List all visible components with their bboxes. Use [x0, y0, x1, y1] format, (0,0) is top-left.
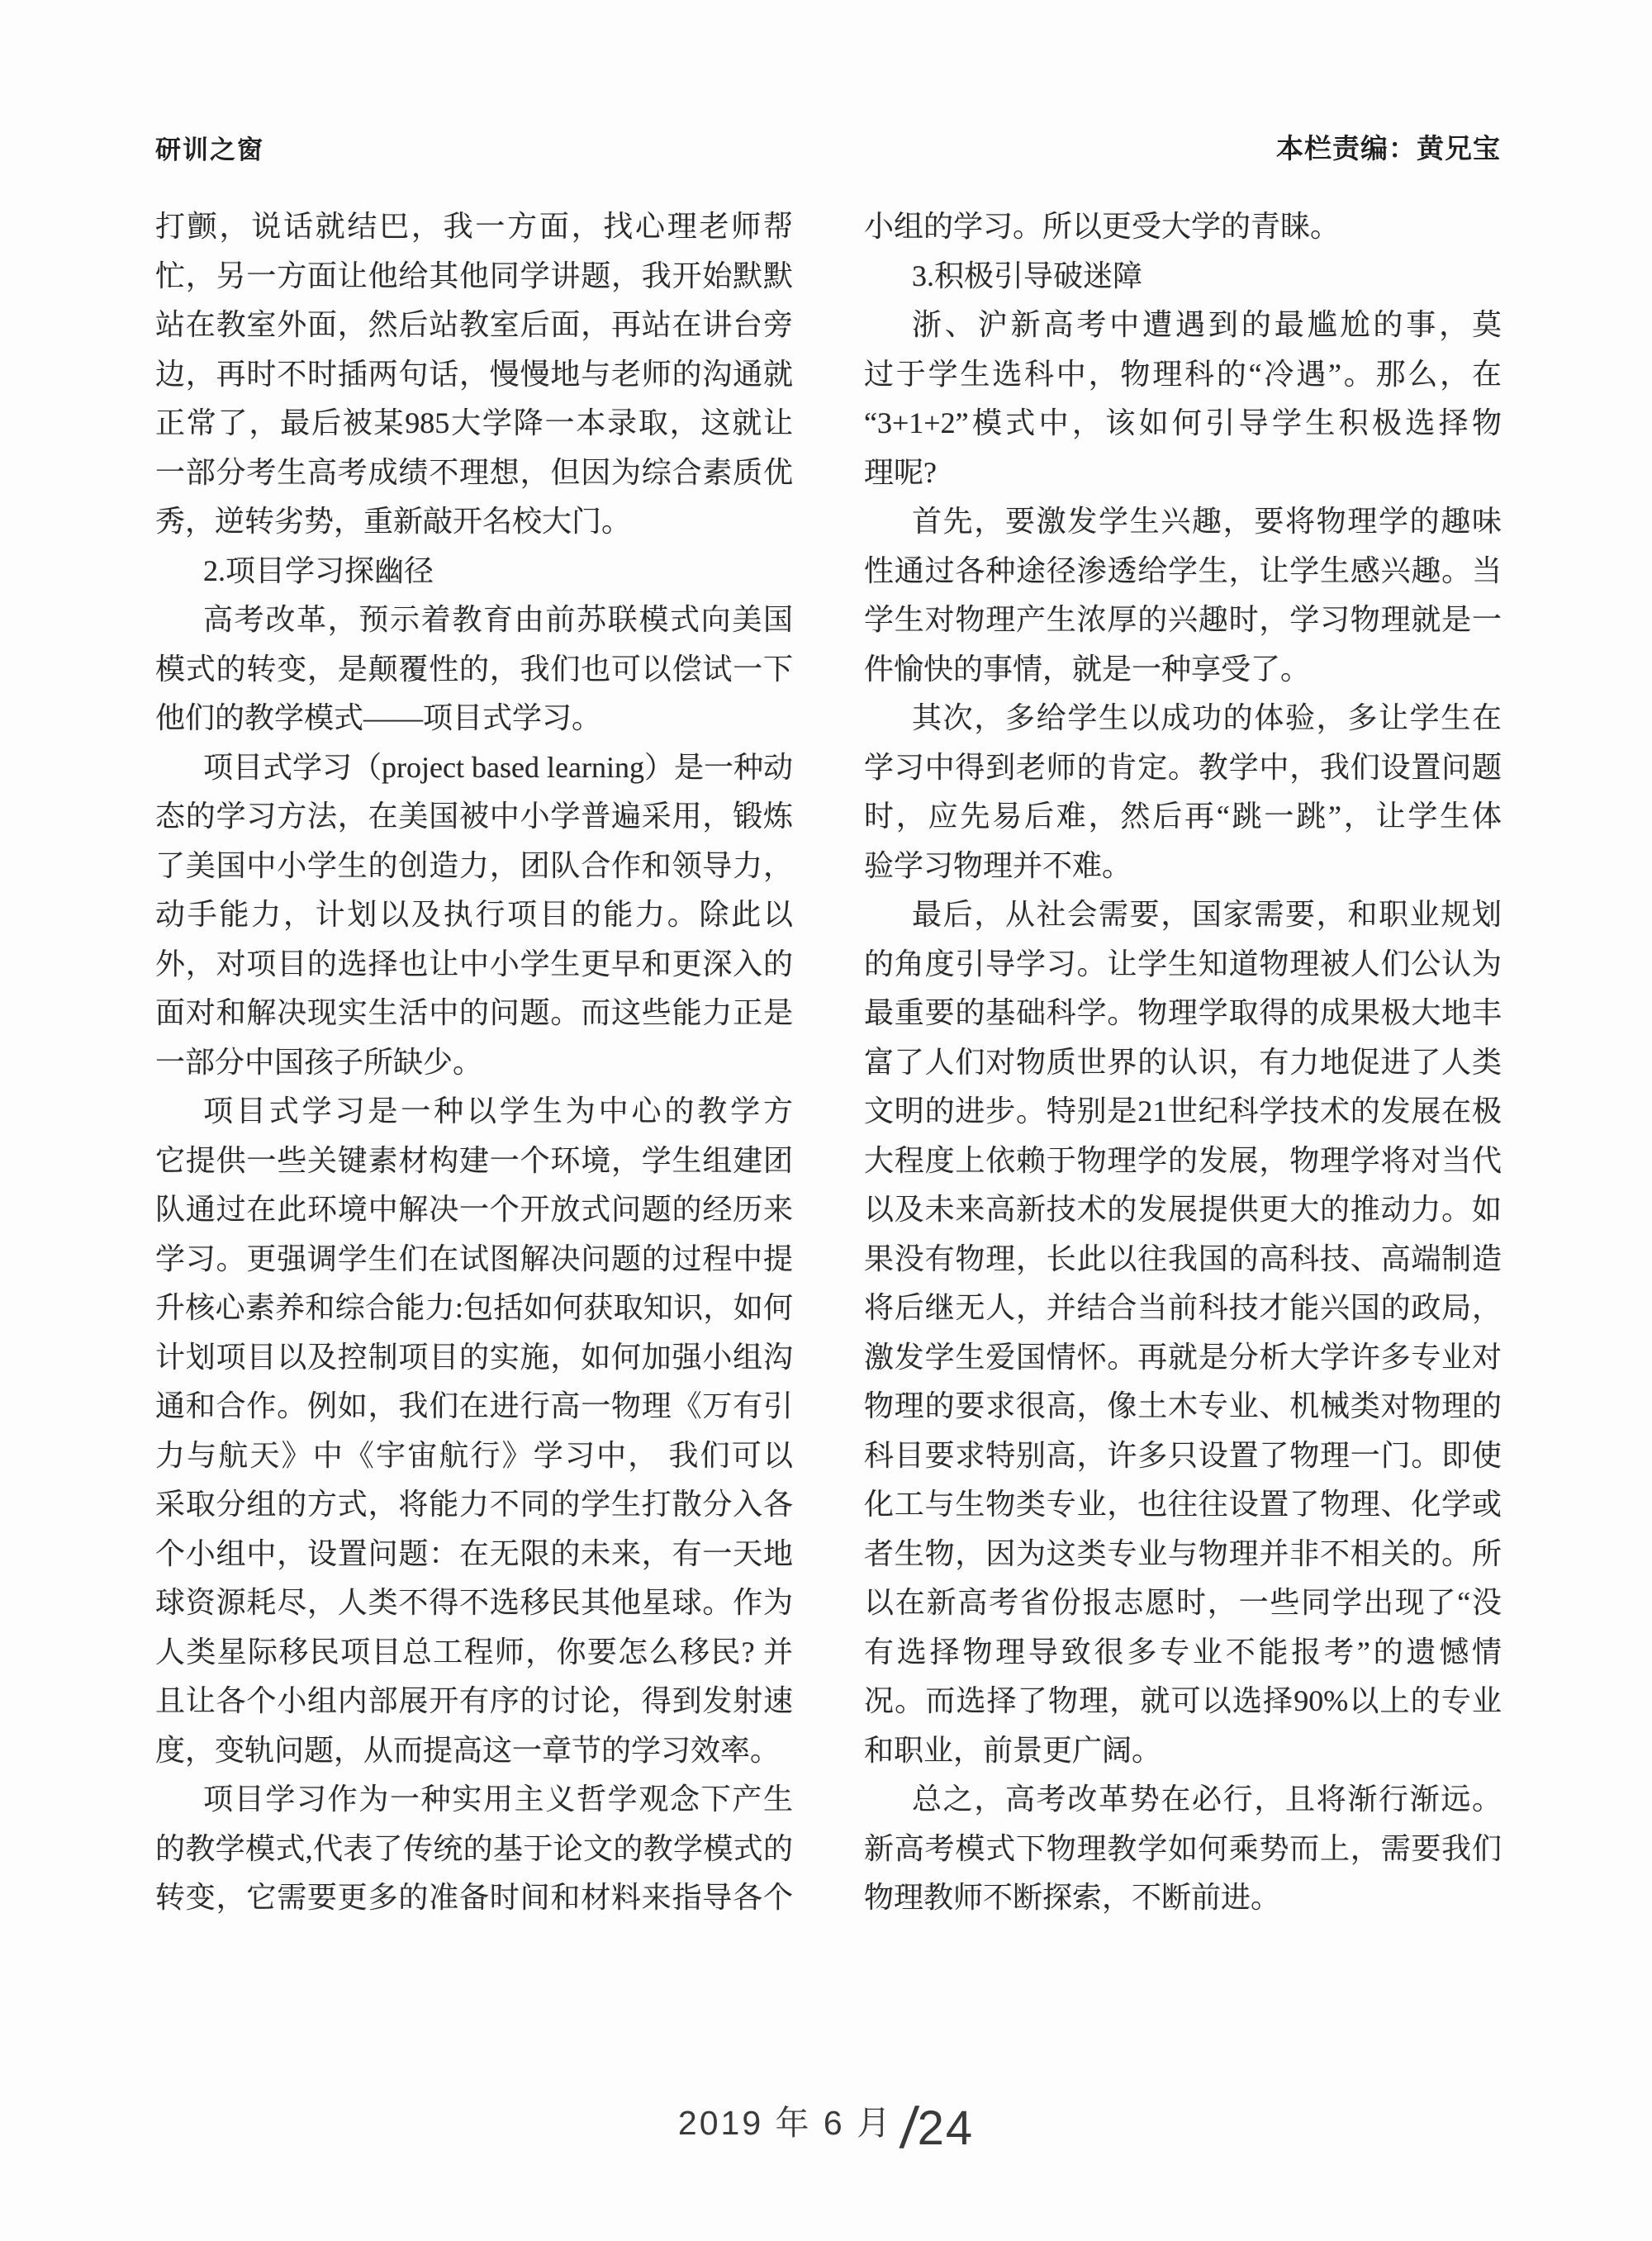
text-line: 边，再时不时插两句话，慢慢地与老师的沟通就 [155, 350, 793, 400]
text-line: 态的学习方法，在美国被中小学普遍采用，锻炼 [155, 792, 793, 842]
text-line: 度，变轨问题，从而提高这一章节的学习效率。 [155, 1726, 793, 1776]
text-line: 理呢? [864, 449, 1502, 498]
text-line: 学生对物理产生浓厚的兴趣时，学习物理就是一 [864, 596, 1502, 645]
text-line: 个小组中，设置问题：在无限的未来，有一天地 [155, 1530, 793, 1579]
right-column: 小组的学习。所以更受大学的青睐。3.积极引导破迷障浙、沪新高考中遭遇到的最尴尬的… [864, 202, 1502, 1923]
text-line: 项目式学习是一种以学生为中心的教学方法， [155, 1087, 793, 1137]
text-line: 外，对项目的选择也让中小学生更早和更深入的 [155, 940, 793, 990]
text-line: 的角度引导学习。让学生知道物理被人们公认为 [864, 940, 1502, 990]
text-line: 一部分中国孩子所缺少。 [155, 1038, 793, 1088]
text-line: 浙、沪新高考中遭遇到的最尴尬的事，莫 [864, 301, 1502, 350]
text-line: 以在新高考省份报志愿时，一些同学出现了“没 [864, 1579, 1502, 1628]
text-line: 一部分考生高考成绩不理想，但因为综合素质优 [155, 449, 793, 498]
text-line: 新高考模式下物理教学如何乘势而上，需要我们 [864, 1825, 1502, 1874]
text-line: 最后，从社会需要，国家需要，和职业规划 [864, 890, 1502, 940]
scanned-article-page: 研训之窗 本栏责编：黄兄宝 打颤，说话就结巴，我一方面，找心理老师帮忙，另一方面… [0, 0, 1652, 2241]
text-line: 计划项目以及控制项目的实施，如何加强小组沟 [155, 1333, 793, 1383]
text-line: 总之，高考改革势在必行，且将渐行渐远。 [864, 1775, 1502, 1825]
text-line: 学习中得到老师的肯定。教学中，我们设置问题 [864, 743, 1502, 793]
text-line: 物理教师不断探索，不断前进。 [864, 1873, 1502, 1923]
text-line: 3.积极引导破迷障 [864, 252, 1502, 301]
text-line: 秀，逆转劣势，重新敲开名校大门。 [155, 497, 793, 547]
column-editor-label: 本栏责编：黄兄宝 [1276, 127, 1501, 166]
text-line: 富了人们对物质世界的认识，有力地促进了人类 [864, 1038, 1502, 1088]
text-line: 高考改革，预示着教育由前苏联模式向美国 [155, 596, 793, 645]
text-line: 采取分组的方式，将能力不同的学生打散分入各 [155, 1480, 793, 1530]
text-line: 化工与生物类专业，也往往设置了物理、化学或 [864, 1480, 1502, 1530]
text-line: 况。而选择了物理，就可以选择90%以上的专业 [864, 1677, 1502, 1726]
text-line: 它提供一些关键素材构建一个环境，学生组建团 [155, 1137, 793, 1186]
text-line: 动手能力，计划以及执行项目的能力。除此以 [155, 890, 793, 940]
text-line: 激发学生爱国情怀。再就是分析大学许多专业对 [864, 1333, 1502, 1383]
text-line: 文明的进步。特别是21世纪科学技术的发展在极 [864, 1087, 1502, 1137]
text-line: 最重要的基础科学。物理学取得的成果极大地丰 [864, 989, 1502, 1038]
footer-page-number: 24 [918, 2101, 975, 2155]
text-line: 2.项目学习探幽径 [155, 547, 793, 596]
text-line: 队通过在此环境中解决一个开放式问题的经历来 [155, 1185, 793, 1235]
text-line: 球资源耗尽，人类不得不选移民其他星球。作为 [155, 1579, 793, 1628]
text-line: 小组的学习。所以更受大学的青睐。 [864, 202, 1502, 252]
text-line: 力与航天》中《宇宙航行》学习中， 我们可以 [155, 1431, 793, 1481]
text-line: 件愉快的事情，就是一种享受了。 [864, 645, 1502, 695]
text-line: 升核心素养和综合能力:包括如何获取知识，如何 [155, 1284, 793, 1333]
text-line: 将后继无人，并结合当前科技才能兴国的政局， [864, 1284, 1502, 1333]
text-line: 了美国中小学生的创造力，团队合作和领导力， [155, 842, 793, 891]
text-line: 他们的教学模式——项目式学习。 [155, 694, 793, 743]
text-line: 性通过各种途径渗透给学生，让学生感兴趣。当 [864, 547, 1502, 596]
text-line: 正常了，最后被某985大学降一本录取，这就让 [155, 399, 793, 449]
text-line: 首先，要激发学生兴趣，要将物理学的趣味 [864, 497, 1502, 547]
text-line: 学习。更强调学生们在试图解决问题的过程中提 [155, 1235, 793, 1284]
footer-date: 2019 年 6 月 [678, 2104, 893, 2142]
text-line: “3+1+2”模式中，该如何引导学生积极选择物 [864, 399, 1502, 449]
text-line: 大程度上依赖于物理学的发展，物理学将对当代 [864, 1137, 1502, 1186]
text-line: 和职业，前景更广阔。 [864, 1726, 1502, 1776]
text-line: 过于学生选科中，物理科的“冷遇”。那么，在 [864, 350, 1502, 400]
left-column: 打颤，说话就结巴，我一方面，找心理老师帮忙，另一方面让他给其他同学讲题，我开始默… [155, 202, 793, 1923]
text-line: 且让各个小组内部展开有序的讨论，得到发射速 [155, 1677, 793, 1726]
text-line: 模式的转变，是颠覆性的，我们也可以偿试一下 [155, 645, 793, 695]
text-line: 科目要求特别高，许多只设置了物理一门。即使 [864, 1431, 1502, 1481]
text-line: 人类星际移民项目总工程师，你要怎么移民? 并 [155, 1628, 793, 1678]
text-line: 站在教室外面，然后站教室后面，再站在讲台旁 [155, 301, 793, 350]
text-line: 通和合作。例如，我们在进行高一物理《万有引 [155, 1382, 793, 1431]
page-footer: 2019 年 6 月/24 [0, 2095, 1652, 2161]
text-line: 忙，另一方面让他给其他同学讲题，我开始默默 [155, 252, 793, 301]
text-line: 者生物，因为这类专业与物理并非不相关的。所 [864, 1530, 1502, 1579]
text-line: 其次，多给学生以成功的体验，多让学生在 [864, 694, 1502, 743]
text-line: 时，应先易后难，然后再“跳一跳”，让学生体 [864, 792, 1502, 842]
text-line: 果没有物理，长此以往我国的高科技、高端制造 [864, 1235, 1502, 1284]
text-line: 的教学模式,代表了传统的基于论文的教学模式的 [155, 1825, 793, 1874]
text-line: 转变，它需要更多的准备时间和材料来指导各个 [155, 1873, 793, 1923]
text-line: 项目式学习（project based learning）是一种动 [155, 743, 793, 793]
text-line: 面对和解决现实生活中的问题。而这些能力正是 [155, 989, 793, 1038]
text-line: 物理的要求很高，像土木专业、机械类对物理的 [864, 1382, 1502, 1431]
text-line: 有选择物理导致很多专业不能报考”的遗憾情 [864, 1628, 1502, 1678]
text-line: 验学习物理并不难。 [864, 842, 1502, 891]
section-title: 研训之窗 [155, 129, 264, 166]
text-line: 以及未来高新技术的发展提供更大的推动力。如 [864, 1185, 1502, 1235]
text-line: 项目学习作为一种实用主义哲学观念下产生 [155, 1775, 793, 1825]
text-line: 打颤，说话就结巴，我一方面，找心理老师帮 [155, 202, 793, 252]
